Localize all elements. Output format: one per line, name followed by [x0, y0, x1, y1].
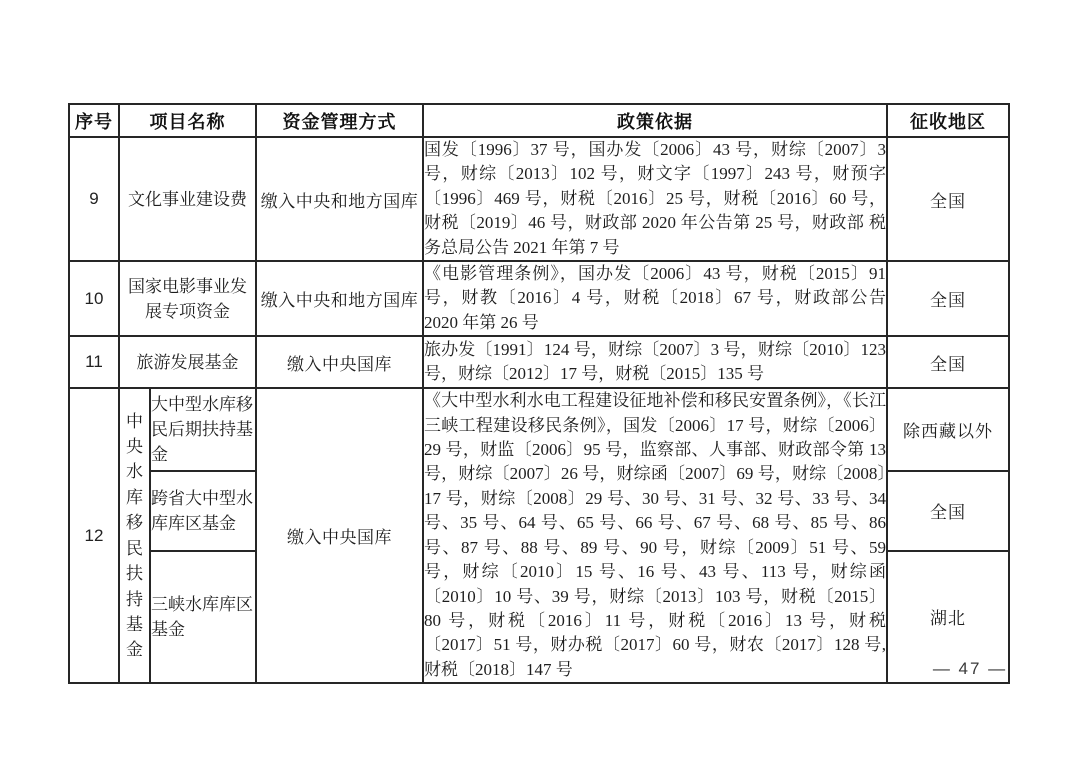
- cell-region: 全国: [887, 336, 1009, 388]
- table-row: 12 中央水库移民扶持基金 大中型水库移民后期扶持基金 缴入中央国库 《大中型水…: [69, 388, 1009, 471]
- cell-region: 除西藏以外: [887, 388, 1009, 471]
- table-row: 9 文化事业建设费 缴入中央和地方国库 国发〔1996〕37 号，国办发〔200…: [69, 137, 1009, 261]
- group-name-vertical-text: 中央水库移民扶持基金: [125, 409, 144, 663]
- fund-table: 序号 项目名称 资金管理方式 政策依据 征收地区 9 文化事业建设费 缴入中央和…: [68, 103, 1010, 684]
- cell-policy: 《电影管理条例》，国办发〔2006〕43 号，财税〔2015〕91 号，财教〔2…: [423, 261, 887, 336]
- header-no: 序号: [69, 104, 119, 137]
- page-number: — 47 —: [905, 659, 1035, 679]
- cell-no: 9: [69, 137, 119, 261]
- cell-region: 全国: [887, 471, 1009, 551]
- cell-group-name: 中央水库移民扶持基金: [119, 388, 150, 683]
- cell-management: 缴入中央国库: [256, 336, 423, 388]
- header-policy: 政策依据: [423, 104, 887, 137]
- cell-no: 11: [69, 336, 119, 388]
- table-row: 10 国家电影事业发展专项资金 缴入中央和地方国库 《电影管理条例》，国办发〔2…: [69, 261, 1009, 336]
- cell-region: 全国: [887, 261, 1009, 336]
- cell-policy: 旅办发〔1991〕124 号，财综〔2007〕3 号，财综〔2010〕123 号…: [423, 336, 887, 388]
- cell-management: 缴入中央和地方国库: [256, 261, 423, 336]
- cell-no: 10: [69, 261, 119, 336]
- cell-subfund-name: 三峡水库库区基金: [150, 551, 256, 683]
- header-management: 资金管理方式: [256, 104, 423, 137]
- header-region: 征收地区: [887, 104, 1009, 137]
- cell-management: 缴入中央和地方国库: [256, 137, 423, 261]
- cell-policy: 《大中型水利水电工程建设征地补偿和移民安置条例》，《长江三峡工程建设移民条例》，…: [423, 388, 887, 683]
- table-header-row: 序号 项目名称 资金管理方式 政策依据 征收地区: [69, 104, 1009, 137]
- cell-policy: 国发〔1996〕37 号，国办发〔2006〕43 号，财综〔2007〕3 号，财…: [423, 137, 887, 261]
- cell-subfund-name: 大中型水库移民后期扶持基金: [150, 388, 256, 471]
- cell-no: 12: [69, 388, 119, 683]
- cell-project-name: 旅游发展基金: [119, 336, 256, 388]
- cell-region: 全国: [887, 137, 1009, 261]
- header-project-name: 项目名称: [119, 104, 256, 137]
- cell-management: 缴入中央国库: [256, 388, 423, 683]
- cell-subfund-name: 跨省大中型水库库区基金: [150, 471, 256, 551]
- document-page: 序号 项目名称 资金管理方式 政策依据 征收地区 9 文化事业建设费 缴入中央和…: [0, 0, 1074, 757]
- cell-project-name: 文化事业建设费: [119, 137, 256, 261]
- table-row: 11 旅游发展基金 缴入中央国库 旅办发〔1991〕124 号，财综〔2007〕…: [69, 336, 1009, 388]
- cell-project-name: 国家电影事业发展专项资金: [119, 261, 256, 336]
